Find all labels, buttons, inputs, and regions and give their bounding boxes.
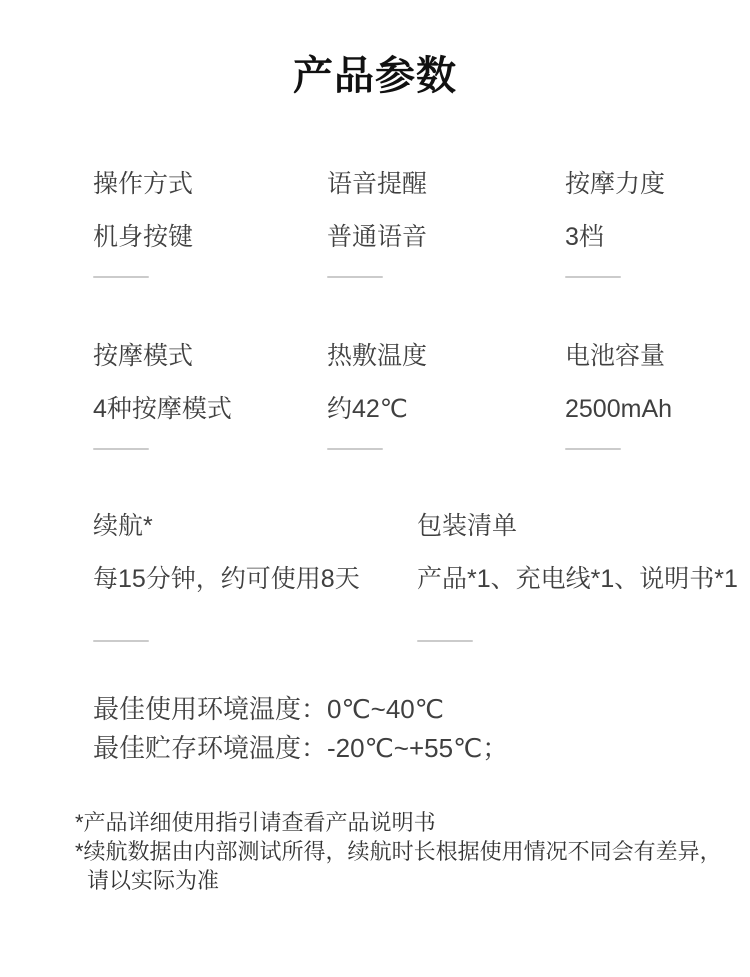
spec-label: 热敷温度 [327, 343, 427, 370]
spec-divider [93, 640, 149, 642]
spec-label: 操作方式 [93, 171, 193, 198]
spec-cell-massage-intensity: 按摩力度 3档 [565, 171, 665, 278]
spec-value: 2500mAh [565, 396, 672, 423]
spec-divider [327, 448, 383, 450]
spec-divider [565, 276, 621, 278]
footnote-battery-test: *续航数据由内部测试所得，续航时长根据使用情况不同会有差异， [75, 837, 722, 866]
env-note-storage-temp: 最佳贮存环境温度：-20℃~+55℃； [93, 729, 508, 768]
spec-cell-heat-temperature: 热敷温度 约42℃ [327, 343, 427, 450]
spec-value: 每15分钟，约可使用8天 [93, 566, 360, 593]
spec-cell-operation-mode: 操作方式 机身按键 [93, 171, 193, 278]
spec-divider [93, 276, 149, 278]
spec-cell-massage-mode: 按摩模式 4种按摩模式 [93, 343, 232, 450]
footnote-battery-test-cont: 请以实际为准 [75, 866, 722, 895]
spec-label: 按摩模式 [93, 343, 232, 370]
spec-cell-package-contents: 包装清单 产品*1、充电线*1、说明书*1 [417, 513, 738, 642]
spec-value: 普通语音 [327, 224, 427, 251]
spec-value: 产品*1、充电线*1、说明书*1 [417, 566, 738, 593]
spec-divider [327, 276, 383, 278]
spec-value: 4种按摩模式 [93, 396, 232, 423]
spec-label: 包装清单 [417, 513, 738, 540]
spec-cell-battery-capacity: 电池容量 2500mAh [565, 343, 672, 450]
spec-label: 续航* [93, 513, 360, 540]
footnotes: *产品详细使用指引请查看产品说明书 *续航数据由内部测试所得，续航时长根据使用情… [75, 808, 722, 895]
spec-label: 按摩力度 [565, 171, 665, 198]
spec-divider [417, 640, 473, 642]
spec-label: 电池容量 [565, 343, 672, 370]
spec-divider [93, 448, 149, 450]
spec-label: 语音提醒 [327, 171, 427, 198]
spec-value: 3档 [565, 224, 665, 251]
page-title: 产品参数 [0, 44, 750, 101]
environment-notes: 最佳使用环境温度：0℃~40℃ 最佳贮存环境温度：-20℃~+55℃； [93, 690, 508, 768]
product-spec-page: 产品参数 操作方式 机身按键 语音提醒 普通语音 按摩力度 3档 按摩模式 4种… [0, 0, 750, 977]
footnote-manual: *产品详细使用指引请查看产品说明书 [75, 808, 722, 837]
spec-divider [565, 448, 621, 450]
spec-cell-voice-prompt: 语音提醒 普通语音 [327, 171, 427, 278]
spec-cell-battery-life: 续航* 每15分钟，约可使用8天 [93, 513, 360, 642]
env-note-operating-temp: 最佳使用环境温度：0℃~40℃ [93, 690, 508, 729]
spec-value: 约42℃ [327, 396, 427, 423]
spec-value: 机身按键 [93, 224, 193, 251]
